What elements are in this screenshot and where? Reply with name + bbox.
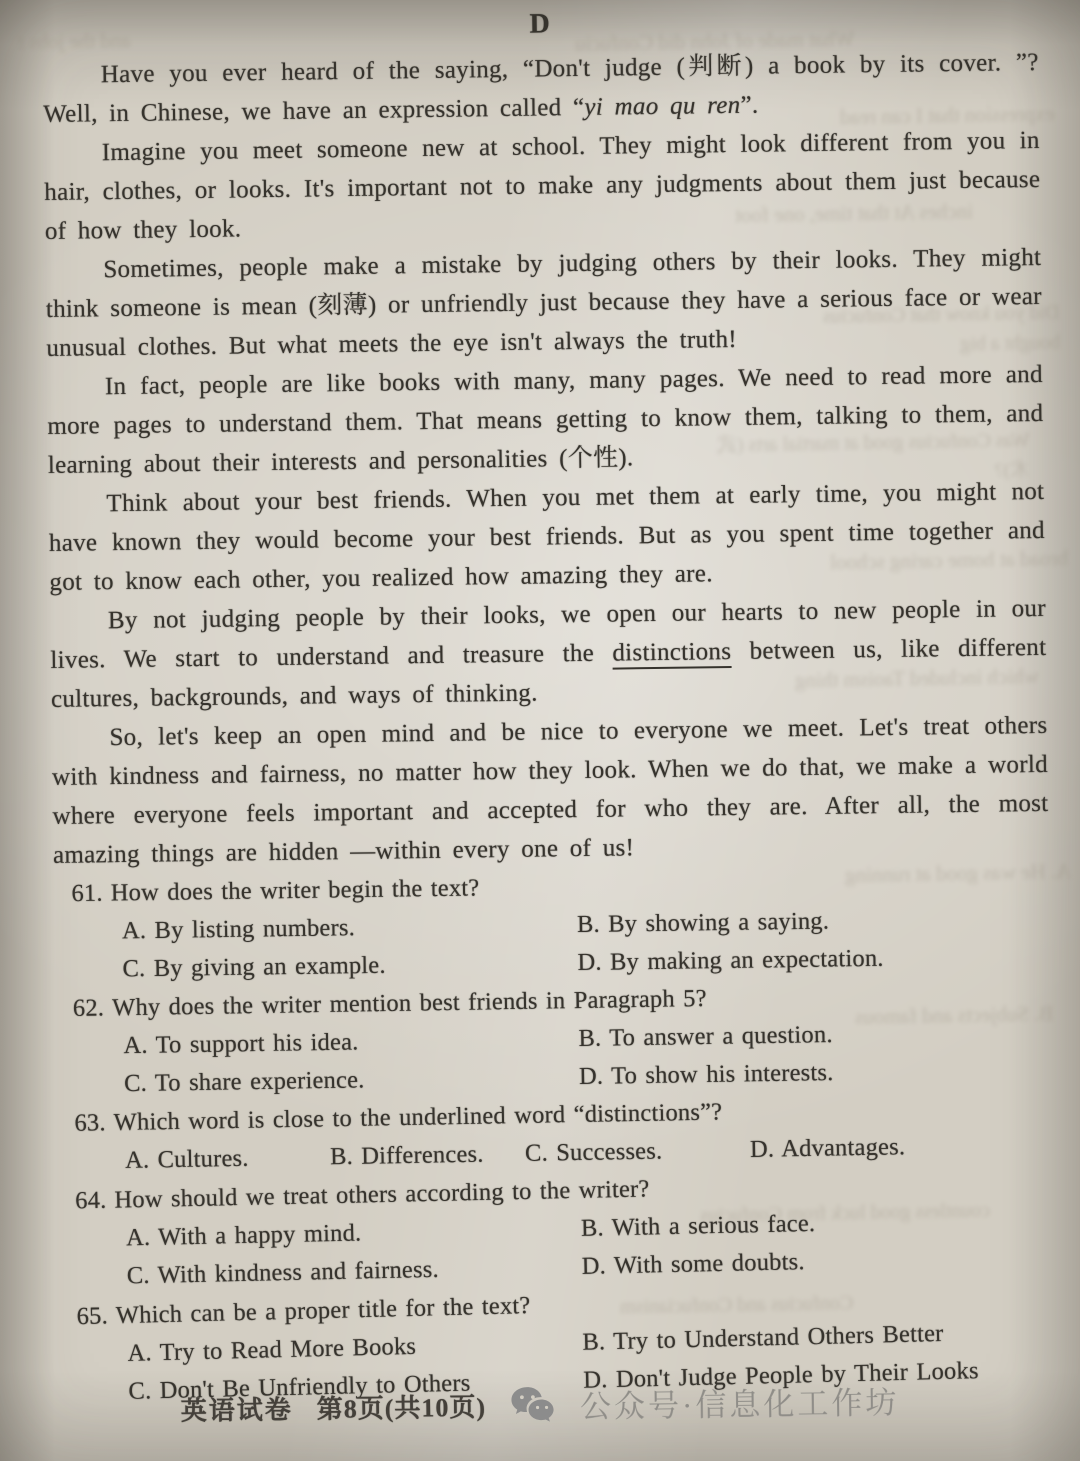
wechat-icon bbox=[510, 1384, 557, 1425]
passage-paragraph: Have you ever heard of the saying, “Don'… bbox=[43, 43, 1040, 134]
question-number: 63. bbox=[74, 1109, 106, 1137]
passage-paragraph: Imagine you meet someone new at school. … bbox=[44, 121, 1041, 251]
options-grid: A. By listing numbers. B. By showing a s… bbox=[54, 899, 1051, 989]
option-c: C. Successes. bbox=[525, 1131, 751, 1173]
paragraph-italic-text: yi mao qu ren bbox=[584, 92, 740, 121]
passage-paragraph: Think about your best friends. When you … bbox=[48, 472, 1045, 602]
paragraph-underlined-text: distinctions bbox=[612, 638, 731, 670]
question-61: 61.How does the writer begin the text? A… bbox=[53, 861, 1050, 989]
page-number: 第8页(共10页) bbox=[316, 1387, 486, 1426]
question-list: 61.How does the writer begin the text? A… bbox=[53, 862, 1056, 1407]
question-text: Which can be a proper title for the text… bbox=[116, 1292, 531, 1329]
question-text: How does the writer begin the text? bbox=[111, 874, 480, 906]
reading-passage: Have you ever heard of the saying, “Don'… bbox=[43, 43, 1050, 875]
option-c: C. By giving an example. bbox=[122, 944, 577, 988]
question-number: 65. bbox=[76, 1302, 108, 1330]
paragraph-text: Sometimes, people make a mistake by judg… bbox=[46, 244, 1042, 362]
paragraph-text: Think about your best friends. When you … bbox=[49, 478, 1045, 596]
exam-page-content: D Have you ever heard of the saying, “Do… bbox=[42, 1, 1056, 1407]
question-number: 64. bbox=[75, 1187, 107, 1215]
paragraph-text: In fact, people are like books with many… bbox=[47, 361, 1043, 479]
question-number: 61. bbox=[71, 880, 103, 907]
question-text: How should we treat others according to … bbox=[114, 1175, 650, 1213]
watermark-text: 公众号·信息化工作坊 bbox=[580, 1377, 900, 1426]
passage-paragraph: In fact, people are like books with many… bbox=[47, 355, 1044, 485]
option-a: A. Cultures. bbox=[125, 1138, 331, 1180]
question-text: Which word is close to the underlined wo… bbox=[113, 1098, 722, 1136]
paragraph-text: Imagine you meet someone new at school. … bbox=[44, 127, 1040, 245]
paragraph-text: Have you ever heard of the saying, “Don'… bbox=[43, 49, 1039, 128]
question-62: 62.Why does the writer mention best frie… bbox=[55, 975, 1053, 1105]
paragraph-text: ”. bbox=[740, 92, 758, 119]
question-text: Why does the writer mention best friends… bbox=[112, 985, 707, 1021]
option-b: B. Differences. bbox=[330, 1135, 526, 1176]
question-64: 64.How should we treat others according … bbox=[57, 1162, 1055, 1297]
passage-paragraph: Sometimes, people make a mistake by judg… bbox=[45, 238, 1042, 368]
option-b: B. By showing a saying. bbox=[577, 899, 1050, 944]
exam-title: 英语试卷 bbox=[180, 1389, 292, 1427]
option-a: A. By listing numbers. bbox=[122, 906, 577, 950]
passage-paragraph: By not judging people by their looks, we… bbox=[50, 589, 1047, 719]
question-number: 62. bbox=[73, 994, 105, 1021]
paragraph-text: So, let's keep an open mind and be nice … bbox=[52, 712, 1049, 869]
passage-paragraph: So, let's keep an open mind and be nice … bbox=[51, 706, 1049, 875]
